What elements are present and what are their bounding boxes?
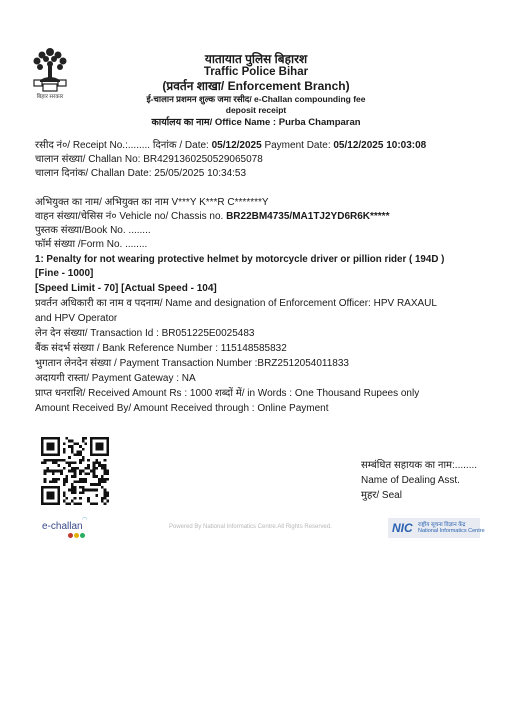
subtitle-line2: deposit receipt bbox=[0, 105, 512, 116]
yellow-dot-icon bbox=[74, 533, 79, 538]
red-dot-icon bbox=[68, 533, 73, 538]
office-value: Purba Champaran bbox=[279, 117, 361, 128]
title-hindi: यातायात पुलिस बिहारश bbox=[0, 52, 512, 66]
subtitle-line1: ई-चालान प्रशमन शुल्क जमा रसीद/ e-Challan… bbox=[0, 94, 512, 105]
receipt-line: रसीद नं०/ Receipt No.:........ दिनांक / … bbox=[35, 139, 426, 152]
branch-title: (प्रवर्तन शाखा/ Enforcement Branch) bbox=[0, 79, 512, 94]
vehicle-value: BR22BM4735/MA1TJ2YD6R6K***** bbox=[226, 211, 389, 222]
accused-name: अभियुक्त का नाम/ अभियुक्त का नाम V***Y K… bbox=[35, 196, 269, 209]
dealing-english: Name of Dealing Asst. bbox=[361, 473, 477, 488]
green-dot-icon bbox=[80, 533, 85, 538]
powered-by-text: Powered By National Informatics Centre.A… bbox=[169, 524, 332, 530]
vehicle-no: वाहन संख्या/चेसिस नं० Vehicle no/ Chassi… bbox=[35, 210, 389, 223]
form-no: फॉर्म संख्या /Form No. ........ bbox=[35, 238, 147, 251]
receipt-date: 05/12/2025 bbox=[212, 140, 262, 151]
dealing-hindi: सम्बंधित सहायक का नाम:........ bbox=[361, 458, 477, 473]
receipt-header: यातायात पुलिस बिहारश Traffic Police Biha… bbox=[0, 52, 512, 130]
received-through: Amount Received By/ Amount Received thro… bbox=[35, 402, 329, 415]
wifi-icon: ◠ bbox=[82, 516, 87, 523]
echallan-logo: e-challan ◠ bbox=[40, 516, 88, 542]
officer-line1: प्रवर्तन अधिकारी का नाम व पदनाम/ Name an… bbox=[35, 297, 437, 310]
nic-logo: NIC राष्ट्रीय सूचना विज्ञान केंद्र Natio… bbox=[388, 518, 480, 538]
challan-date: चालान दिनांक/ Challan Date: 25/05/2025 1… bbox=[35, 167, 246, 180]
penalty-description: 1: Penalty for not wearing protective he… bbox=[35, 253, 444, 266]
received-amount: प्राप्त धनराशि/ Received Amount Rs : 100… bbox=[35, 387, 419, 400]
bank-reference: बैंक संदर्भ संख्या / Bank Reference Numb… bbox=[35, 342, 287, 355]
title-english: Traffic Police Bihar bbox=[0, 66, 512, 79]
qr-code-icon bbox=[41, 437, 109, 505]
office-name: कार्यालय का नाम/ Office Name : Purba Cha… bbox=[0, 116, 512, 130]
officer-line2: and HPV Operator bbox=[35, 312, 117, 325]
fine-amount: [Fine - 1000] bbox=[35, 267, 93, 280]
dealing-assistant-block: सम्बंधित सहायक का नाम:........ Name of D… bbox=[361, 458, 477, 503]
speed-info: [Speed Limit - 70] [Actual Speed - 104] bbox=[35, 282, 217, 295]
seal-label: मुहर/ Seal bbox=[361, 488, 477, 503]
challan-no: चालान संख्या/ Challan No: BR429136025052… bbox=[35, 153, 263, 166]
book-no: पुस्तक संख्या/Book No. ........ bbox=[35, 224, 151, 237]
payment-gateway: अदायगी रास्ता/ Payment Gateway : NA bbox=[35, 372, 196, 385]
transaction-id: लेन देन संख्या/ Transaction Id : BR05122… bbox=[35, 327, 255, 340]
payment-transaction: भुगतान लेनदेन संख्या / Payment Transacti… bbox=[35, 357, 349, 370]
payment-date: 05/12/2025 10:03:08 bbox=[333, 140, 426, 151]
